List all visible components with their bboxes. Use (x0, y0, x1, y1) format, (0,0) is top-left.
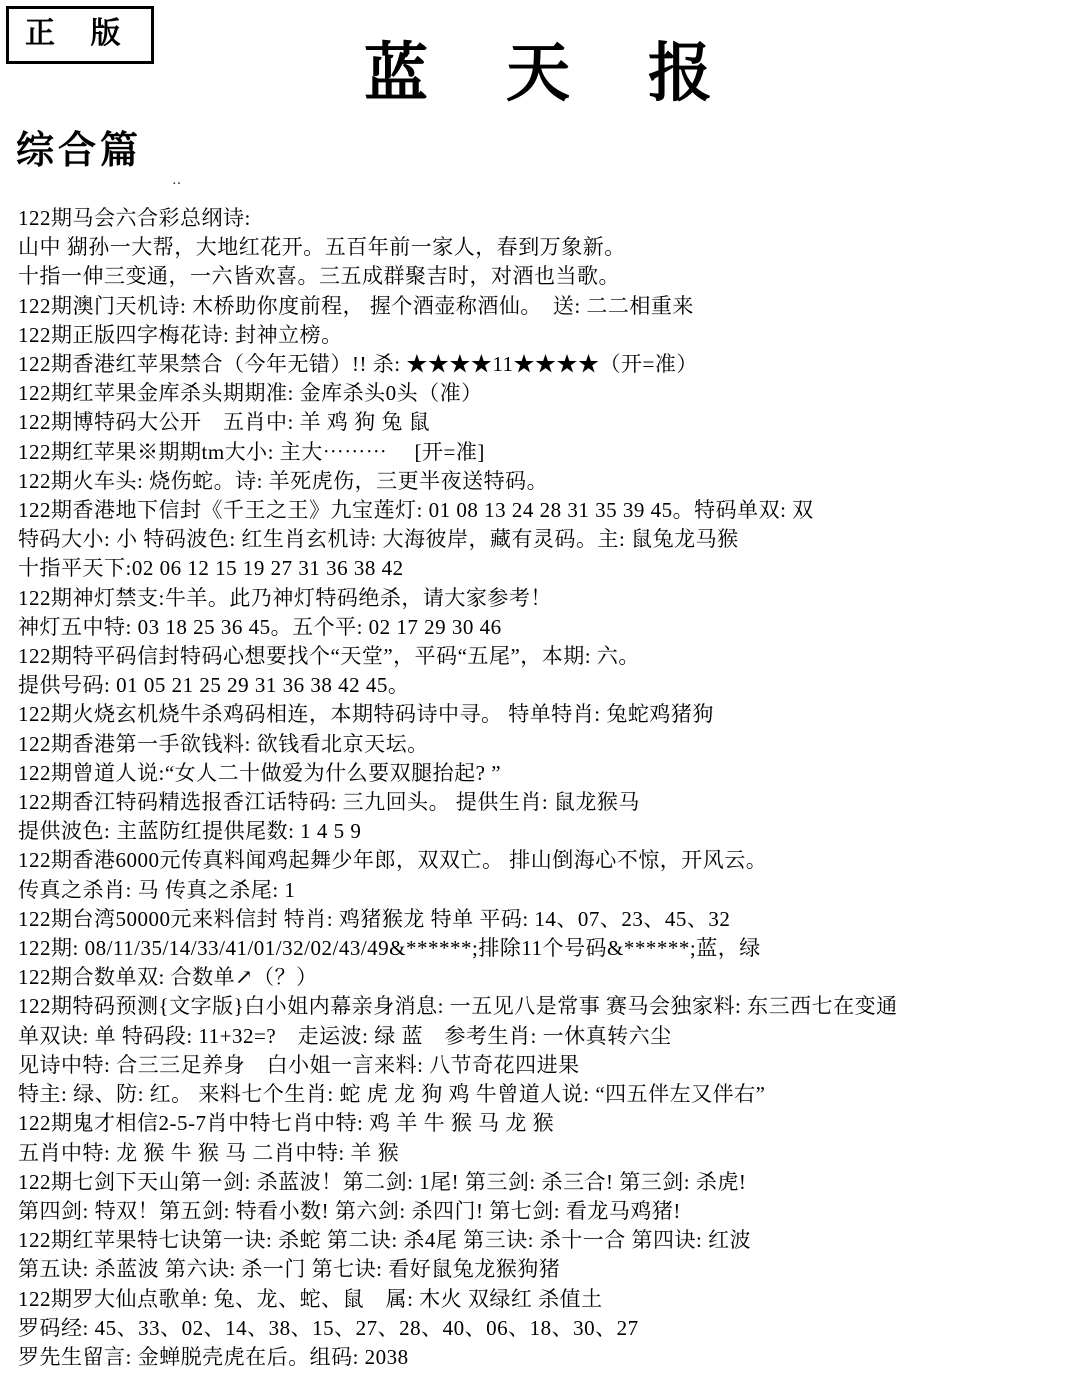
report-line: 122期澳门天机诗: 木桥助你度前程， 握个酒壶称酒仙。 送: 二二相重来 (18, 292, 1070, 321)
report-line: 特主: 绿、防: 红。 来料七个生肖: 蛇 虎 龙 狗 鸡 牛曾道人说: “四五… (18, 1080, 1070, 1109)
report-line: 122期红苹果※期期tm大小: 主大⋯⋯⋯ [开=准] (18, 438, 1070, 467)
report-line: 122期特平码信封特码心想要找个“天堂”，平码“五尾”，本期: 六。 (18, 642, 1070, 671)
report-line: 见诗中特: 合三三足养身 白小姐一言来料: 八节奇花四进果 (18, 1051, 1070, 1080)
report-line: 122期神灯禁支:牛羊。此乃神灯特码绝杀，请大家参考！ (18, 584, 1070, 613)
report-line: 单双诀: 单 特码段: 11+32=? 走运波: 绿 蓝 参考生肖: 一休真转六… (18, 1022, 1070, 1051)
report-line: 122期红苹果金库杀头期期准: 金库杀头0头（准） (18, 379, 1070, 408)
report-line: 罗先生留言: 金蝉脱壳虎在后。组码: 2038 (18, 1343, 1070, 1372)
report-line: 山中 猢孙一大帮，大地红花开。五百年前一家人，春到万象新。 (18, 233, 1070, 262)
stray-mark: ‥ (172, 172, 185, 189)
report-line: 122期罗大仙点歌单: 兔、龙、蛇、鼠 属: 木火 双绿红 杀值土 (18, 1285, 1070, 1314)
report-line: 122期火烧玄机烧牛杀鸡码相连，本期特码诗中寻。 特单特肖: 兔蛇鸡猪狗 (18, 700, 1070, 729)
section-title: 综合篇 (16, 132, 142, 170)
report-line: 122期鬼才相信2-5-7肖中特七肖中特: 鸡 羊 牛 猴 马 龙 猴 (18, 1109, 1070, 1138)
report-line: 传真之杀肖: 马 传真之杀尾: 1 (18, 876, 1070, 905)
report-line: 122期曾道人说:“女人二十做爱为什么要双腿抬起? ” (18, 759, 1070, 788)
report-line: 122期: 08/11/35/14/33/41/01/32/02/43/49&*… (18, 934, 1070, 963)
report-line: 122期七剑下天山第一剑: 杀蓝波！第二剑: 1尾! 第三剑: 杀三合! 第三剑… (18, 1168, 1070, 1197)
report-line: 122期红苹果特七诀第一诀: 杀蛇 第二诀: 杀4尾 第三诀: 杀十一合 第四诀… (18, 1226, 1070, 1255)
report-line: 122期香江特码精选报香江话特码: 三九回头。 提供生肖: 鼠龙猴马 (18, 788, 1070, 817)
report-line: 122期香港红苹果禁合（今年无错）!! 杀: ★★★★11★★★★（开=准） (18, 350, 1070, 379)
report-line: 122期香港地下信封《千王之王》九宝莲灯: 01 08 13 24 28 31 … (18, 496, 1070, 525)
report-line: 122期香港第一手欲钱料: 欲钱看北京天坛。 (18, 730, 1070, 759)
report-line: 122期马会六合彩总纲诗: (18, 204, 1070, 233)
report-line: 122期合数单双: 合数单↗（？） (18, 963, 1070, 992)
report-line: 罗码经: 45、33、02、14、38、15、27、28、40、06、18、30… (18, 1314, 1070, 1343)
report-line: 神灯五中特: 03 18 25 36 45。五个平: 02 17 29 30 4… (18, 613, 1070, 642)
report-line: 十指平天下:02 06 12 15 19 27 31 36 38 42 (18, 554, 1070, 583)
report-line: 122期特码预测{文字版}白小姐内幕亲身消息: 一五见八是常事 赛马会独家料: … (18, 992, 1070, 1021)
report-line: 第四剑: 特双！第五剑: 特看小数! 第六剑: 杀四门! 第七剑: 看龙马鸡猪! (18, 1197, 1070, 1226)
report-line: 五肖中特: 龙 猴 牛 猴 马 二肖中特: 羊 猴 (18, 1139, 1070, 1168)
report-line: 122期火车头: 烧伤蛇。诗: 羊死虎伤，三更半夜送特码。 (18, 467, 1070, 496)
report-line: 122期博特码大公开 五肖中: 羊 鸡 狗 兔 鼠 (18, 408, 1070, 437)
report-line: 特码大小: 小 特码波色: 红生肖玄机诗: 大海彼岸，藏有灵码。主: 鼠兔龙马猴 (18, 525, 1070, 554)
report-line: 十指一伸三变通，一六皆欢喜。三五成群聚吉时，对酒也当歌。 (18, 262, 1070, 291)
report-line: 122期香港6000元传真料闻鸡起舞少年郎，双双亡。 排山倒海心不惊，开风云。 (18, 846, 1070, 875)
report-line: 提供号码: 01 05 21 25 29 31 36 38 42 45。 (18, 671, 1070, 700)
report-line: 第五诀: 杀蓝波 第六诀: 杀一门 第七诀: 看好鼠兔龙猴狗猪 (18, 1255, 1070, 1284)
newspaper-title: 蓝天报 (0, 42, 1076, 106)
report-body: 122期马会六合彩总纲诗:山中 猢孙一大帮，大地红花开。五百年前一家人，春到万象… (18, 204, 1070, 1372)
report-line: 122期正版四字梅花诗: 封神立榜。 (18, 321, 1070, 350)
report-line: 122期台湾50000元来料信封 特肖: 鸡猪猴龙 特单 平码: 14、07、2… (18, 905, 1070, 934)
report-line: 提供波色: 主蓝防红提供尾数: 1 4 5 9 (18, 817, 1070, 846)
newspaper-page: 正 版 蓝天报 综合篇 ‥ 122期马会六合彩总纲诗:山中 猢孙一大帮，大地红花… (0, 0, 1076, 1388)
